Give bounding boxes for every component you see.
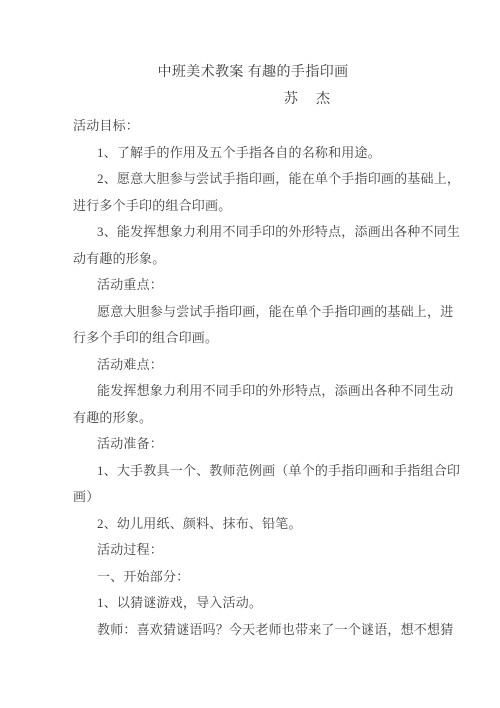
body-line: 3、能发挥想象力利用不同手印的外形特点，添画出各种不同生 bbox=[73, 219, 433, 246]
heading-activity-difficulty: 活动难点： bbox=[73, 352, 433, 379]
author-name: 苏 杰 bbox=[73, 87, 433, 114]
body-line: 1、以猜谜游戏，导入活动。 bbox=[73, 590, 433, 617]
body-line: 教师：喜欢猜谜语吗？今天老师也带来了一个谜语，想不想猜 bbox=[73, 617, 433, 644]
heading-activity-preparation: 活动准备： bbox=[73, 431, 433, 458]
body-line: 1、大手教具一个、教师范例画（单个的手指印画和手指组合印 bbox=[73, 458, 433, 485]
page-title: 中班美术教案 有趣的手指印画 bbox=[73, 60, 433, 87]
body-line: 进行多个手印的组合印画。 bbox=[73, 193, 433, 220]
subsection-start-part: 一、开始部分： bbox=[73, 564, 433, 591]
body-line: 2、幼儿用纸、颜料、抹布、铅笔。 bbox=[73, 511, 433, 538]
heading-activity-goals: 活动目标： bbox=[73, 113, 433, 140]
document-body: 中班美术教案 有趣的手指印画 苏 杰 活动目标： 1、了解手的作用及五个手指各自… bbox=[73, 0, 433, 643]
body-line: 能发挥想象力利用不同手印的外形特点，添画出各种不同生动 bbox=[73, 378, 433, 405]
body-line: 动有趣的形象。 bbox=[73, 246, 433, 273]
body-line: 愿意大胆参与尝试手指印画，能在单个手指印画的基础上，进 bbox=[73, 299, 433, 326]
body-line: 1、了解手的作用及五个手指各自的名称和用途。 bbox=[73, 140, 433, 167]
body-line: 画） bbox=[73, 484, 433, 511]
heading-activity-focus: 活动重点： bbox=[73, 272, 433, 299]
body-line: 行多个手印的组合印画。 bbox=[73, 325, 433, 352]
heading-activity-process: 活动过程： bbox=[73, 537, 433, 564]
body-line: 有趣的形象。 bbox=[73, 405, 433, 432]
document-page: 中班美术教案 有趣的手指印画 苏 杰 活动目标： 1、了解手的作用及五个手指各自… bbox=[0, 0, 500, 708]
body-line: 2、愿意大胆参与尝试手指印画，能在单个手指印画的基础上， bbox=[73, 166, 433, 193]
